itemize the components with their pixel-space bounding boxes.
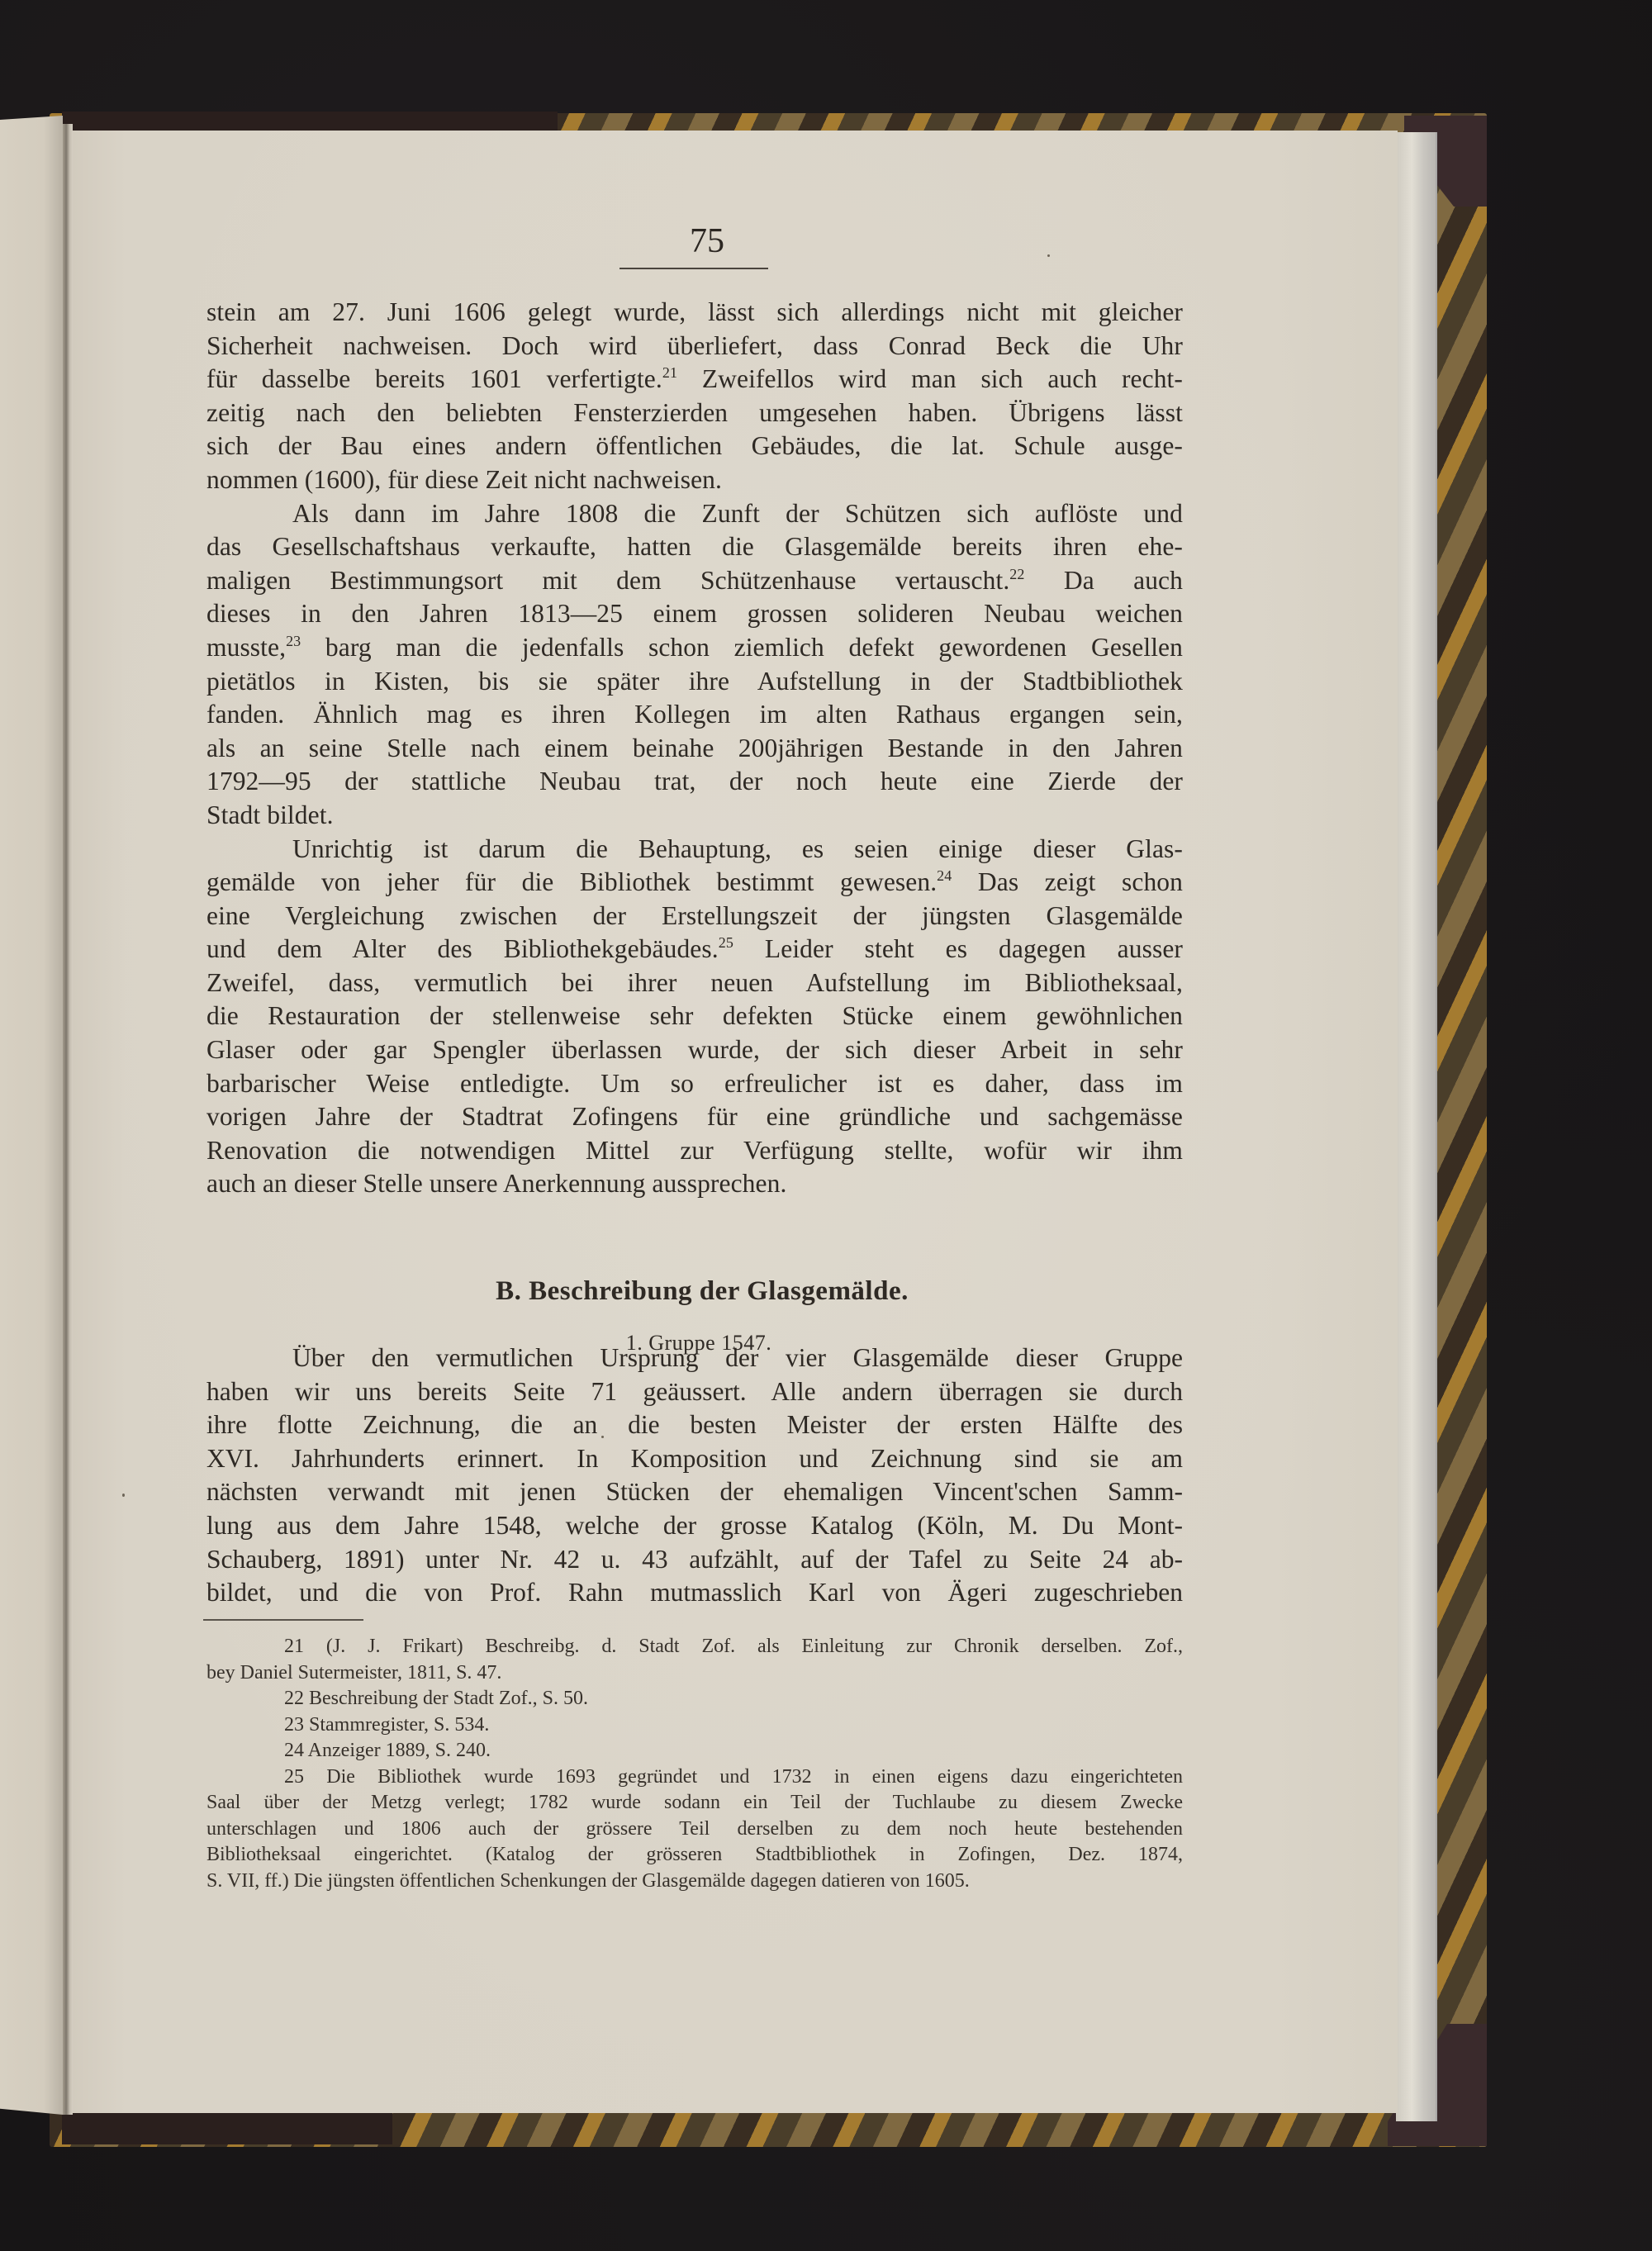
- footnote-reference: 22: [1009, 566, 1024, 582]
- footnote-reference: 23: [286, 633, 301, 649]
- text-line: Unrichtig ist darum die Behauptung, es s…: [206, 833, 1183, 867]
- text-line: XVI. Jahrhunderts erinnert. In Kompositi…: [206, 1442, 1183, 1476]
- text-line: vorigen Jahre der Stadtrat Zofingens für…: [206, 1100, 1183, 1134]
- paragraph: Unrichtig ist darum die Behauptung, es s…: [206, 833, 1183, 1202]
- text-line: 21 (J. J. Frikart) Beschreibg. d. Stadt …: [206, 1634, 1183, 1660]
- footnote-reference: 24: [937, 867, 952, 884]
- text-line: S. VII, ff.) Die jüngsten öffentlichen S…: [206, 1869, 1183, 1895]
- left-page-sliver: [0, 116, 63, 2115]
- paragraph: stein am 27. Juni 1606 gelegt wurde, läs…: [206, 296, 1183, 497]
- text-line: das Gesellschaftshaus verkaufte, hatten …: [206, 530, 1183, 564]
- text-line: lung aus dem Jahre 1548, welche der gros…: [206, 1509, 1183, 1543]
- text-line: Sicherheit nachweisen. Doch wird überlie…: [206, 330, 1183, 363]
- text-line: maligen Bestimmungsort mit dem Schützenh…: [206, 564, 1183, 598]
- text-line: auch an dieser Stelle unsere Anerkennung…: [206, 1167, 1183, 1201]
- text-line: Über den vermutlichen Ursprung der vier …: [206, 1342, 1183, 1375]
- text-line: Als dann im Jahre 1808 die Zunft der Sch…: [206, 497, 1183, 531]
- section-heading: B. Beschreibung der Glasgemälde.: [40, 1275, 1365, 1308]
- text-line: für dasselbe bereits 1601 verfertigte.21…: [206, 363, 1183, 397]
- text-line: 25 Die Bibliothek wurde 1693 gegründet u…: [206, 1764, 1183, 1791]
- text-line: als an seine Stelle nach einem beinahe 2…: [206, 732, 1183, 766]
- text-line: zeitig nach den beliebten Fensterzierden…: [206, 397, 1183, 430]
- text-line: 24 Anzeiger 1889, S. 240.: [206, 1738, 1183, 1764]
- text-line: musste,23 barg man die jedenfalls schon …: [206, 631, 1183, 665]
- text-line: fanden. Ähnlich mag es ihren Kollegen im…: [206, 698, 1183, 732]
- footnote-23: 23 Stammregister, S. 534.: [206, 1712, 1183, 1739]
- footnote-reference: 25: [719, 934, 733, 951]
- text-line: 1792—95 der stattliche Neubau trat, der …: [206, 765, 1183, 799]
- footnote-reference: 21: [662, 364, 677, 381]
- text-line: bey Daniel Sutermeister, 1811, S. 47.: [206, 1660, 1183, 1687]
- footnote-25: 25 Die Bibliothek wurde 1693 gegründet u…: [206, 1764, 1183, 1895]
- paper-speck: [601, 1436, 604, 1438]
- text-line: Glaser oder gar Spengler überlassen wurd…: [206, 1033, 1183, 1067]
- text-line: ihre flotte Zeichnung, die an die besten…: [206, 1408, 1183, 1442]
- text-line: Zweifel, dass, vermutlich bei ihrer neue…: [206, 966, 1183, 1000]
- paper-speck: [122, 1494, 125, 1497]
- book-page: 75 stein am 27. Juni 1606 gelegt wurde, …: [73, 131, 1398, 2113]
- paragraph: Als dann im Jahre 1808 die Zunft der Sch…: [206, 497, 1183, 833]
- body-text: stein am 27. Juni 1606 gelegt wurde, läs…: [206, 296, 1183, 1201]
- text-line: dieses in den Jahren 1813—25 einem gross…: [206, 597, 1183, 631]
- footnote-21: 21 (J. J. Frikart) Beschreibg. d. Stadt …: [206, 1634, 1183, 1686]
- text-line: gemälde von jeher für die Bibliothek bes…: [206, 866, 1183, 900]
- footnote-rule: [203, 1619, 363, 1621]
- paragraph: Über den vermutlichen Ursprung der vier …: [206, 1342, 1183, 1610]
- footnote-22: 22 Beschreibung der Stadt Zof., S. 50.: [206, 1686, 1183, 1712]
- text-line: nächsten verwandt mit jenen Stücken der …: [206, 1475, 1183, 1509]
- text-line: bildet, und die von Prof. Rahn mutmassli…: [206, 1576, 1183, 1610]
- page-number-rule: [619, 268, 768, 269]
- text-line: die Restauration der stellenweise sehr d…: [206, 1000, 1183, 1033]
- text-line: pietätlos in Kisten, bis sie später ihre…: [206, 665, 1183, 699]
- text-line: eine Vergleichung zwischen der Erstellun…: [206, 900, 1183, 933]
- footnotes: 21 (J. J. Frikart) Beschreibg. d. Stadt …: [206, 1634, 1183, 1894]
- text-line: Schauberg, 1891) unter Nr. 42 u. 43 aufz…: [206, 1543, 1183, 1577]
- text-line: sich der Bau eines andern öffentlichen G…: [206, 430, 1183, 463]
- footnote-24: 24 Anzeiger 1889, S. 240.: [206, 1738, 1183, 1764]
- text-line: 23 Stammregister, S. 534.: [206, 1712, 1183, 1739]
- text-line: barbarischer Weise entledigte. Um so erf…: [206, 1067, 1183, 1101]
- cover-leather-spine-top: [62, 112, 558, 132]
- text-line: Bibliotheksaal eingerichtet. (Katalog de…: [206, 1842, 1183, 1869]
- text-line: unterschlagen und 1806 auch der grössere…: [206, 1816, 1183, 1843]
- cover-leather-spine-bottom: [62, 2111, 392, 2144]
- text-line: und dem Alter des Bibliothekgebäudes.25 …: [206, 933, 1183, 966]
- text-line: Renovation die notwendigen Mittel zur Ve…: [206, 1134, 1183, 1168]
- text-line: stein am 27. Juni 1606 gelegt wurde, läs…: [206, 296, 1183, 330]
- text-line: haben wir uns bereits Seite 71 geäussert…: [206, 1375, 1183, 1409]
- text-line: Saal über der Metzg verlegt; 1782 wurde …: [206, 1790, 1183, 1816]
- paper-speck: [1047, 254, 1050, 257]
- book-gutter: [63, 124, 73, 2115]
- page-number: 75: [45, 221, 1370, 261]
- text-line: 22 Beschreibung der Stadt Zof., S. 50.: [206, 1686, 1183, 1712]
- page-edges-stack: [1396, 132, 1437, 2121]
- text-line: Stadt bildet.: [206, 799, 1183, 833]
- section-body-text: Über den vermutlichen Ursprung der vier …: [206, 1342, 1183, 1610]
- text-line: nommen (1600), für diese Zeit nicht nach…: [206, 463, 1183, 497]
